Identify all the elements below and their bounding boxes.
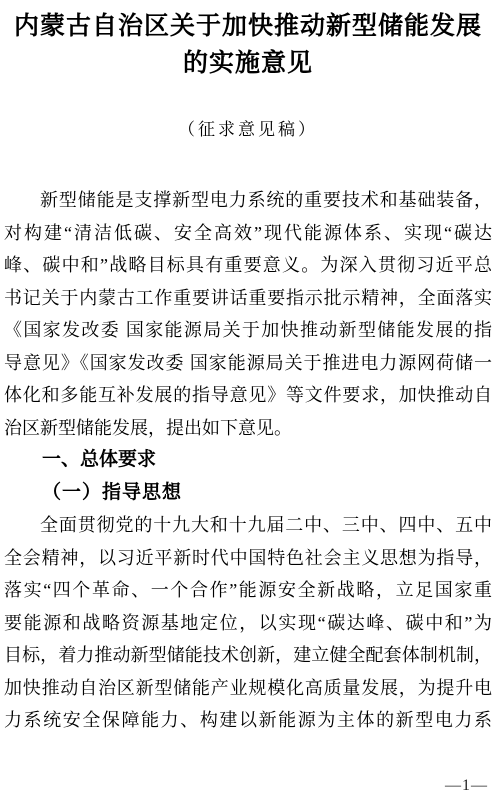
document-body: 新型储能是支撑新型电力系统的重要技术和基础装备， 对构建“清洁低碳、安全高效”现…: [4, 184, 492, 737]
body-line: 导意见》《国家发改委 国家能源局关于推进电力源网荷储一: [4, 347, 492, 380]
body-line: 加快推动自治区新型储能产业规模化高质量发展，为提升电: [4, 672, 492, 705]
section-heading-1-1: （一）指导思想: [4, 477, 492, 510]
document-title: 内蒙古自治区关于加快推动新型储能发展 的实施意见: [4, 8, 492, 82]
document-title-line-1: 内蒙古自治区关于加快推动新型储能发展: [4, 8, 492, 45]
body-line: 全会精神，以习近平新时代中国特色社会主义思想为指导，: [4, 542, 492, 575]
body-line: 治区新型储能发展，提出如下意见。: [4, 412, 492, 445]
body-line: 全面贯彻党的十九大和十九届二中、三中、四中、五中: [4, 509, 492, 542]
page-number: —1—: [445, 777, 488, 795]
document-subtitle: （征求意见稿）: [4, 118, 492, 142]
document-title-line-2: 的实施意见: [4, 45, 492, 82]
body-line: 对构建“清洁低碳、安全高效”现代能源体系、实现“碳达: [4, 217, 492, 250]
document-page: 内蒙古自治区关于加快推动新型储能发展 的实施意见 （征求意见稿） 新型储能是支撑…: [0, 0, 500, 805]
paragraph-2: 全面贯彻党的十九大和十九届二中、三中、四中、五中 全会精神，以习近平新时代中国特…: [4, 509, 492, 737]
body-line: 要能源和战略资源基地定位，以实现“碳达峰、碳中和”为: [4, 607, 492, 640]
body-line: 目标，着力推动新型储能技术创新，建立健全配套体制机制，: [4, 639, 492, 672]
body-line: 体化和多能互补发展的指导意见》等文件要求，加快推动自: [4, 379, 492, 412]
paragraph-1: 新型储能是支撑新型电力系统的重要技术和基础装备， 对构建“清洁低碳、安全高效”现…: [4, 184, 492, 444]
section-heading-1: 一、总体要求: [4, 444, 492, 477]
body-line: 落实“四个革命、一个合作”能源安全新战略，立足国家重: [4, 574, 492, 607]
body-line: 峰、碳中和”战略目标具有重要意义。为深入贯彻习近平总: [4, 249, 492, 282]
body-line: 书记关于内蒙古工作重要讲话重要指示批示精神，全面落实: [4, 282, 492, 315]
body-line: 《国家发改委 国家能源局关于加快推动新型储能发展的指: [4, 314, 492, 347]
body-line: 新型储能是支撑新型电力系统的重要技术和基础装备，: [4, 184, 492, 217]
body-line: 力系统安全保障能力、构建以新能源为主体的新型电力系: [4, 704, 492, 737]
